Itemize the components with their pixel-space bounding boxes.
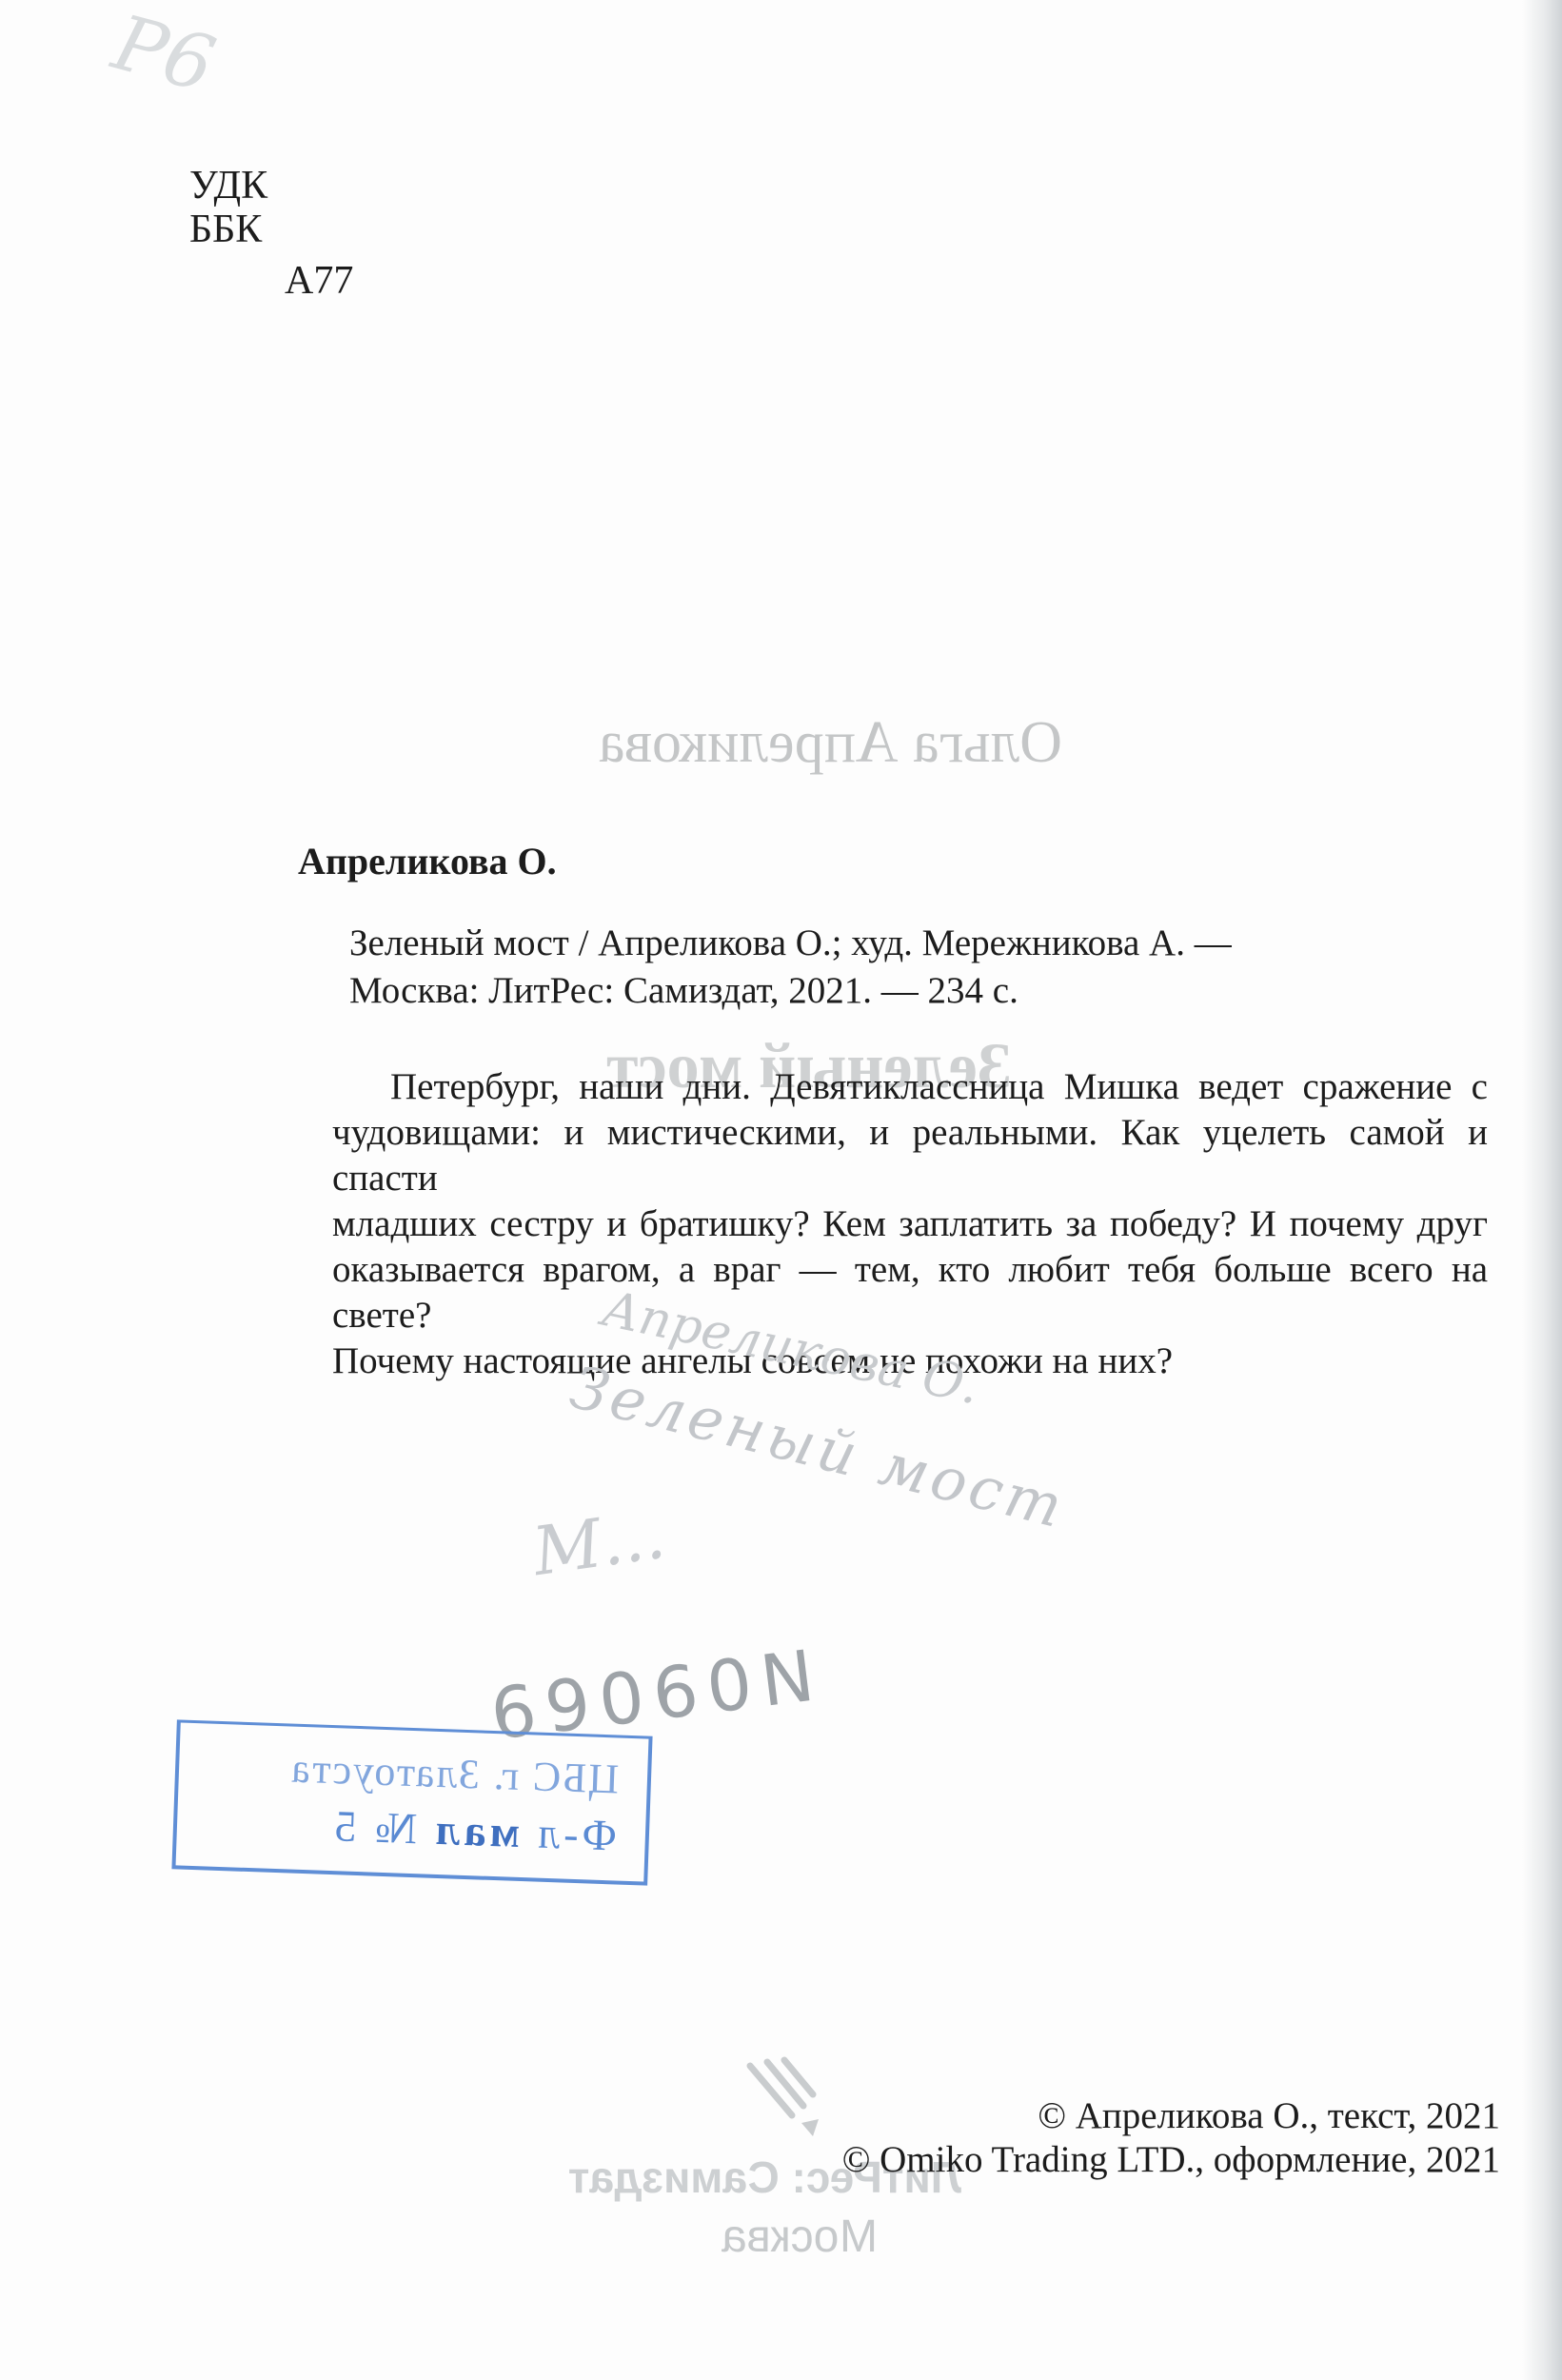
stamp-prefix: Ф-л [533,1809,617,1860]
annotation-line: оказывается врагом, а враг — тем, кто лю… [332,1247,1488,1339]
udk-label: УДК [189,164,267,208]
stamp-line-2: Ф-л мал № 5 [330,1800,618,1860]
bibliographic-record: Зеленый мост / Апреликова О.; худ. Мереж… [349,920,1232,1015]
copyright-design: © Omiko Trading LTD., оформление, 2021 [842,2138,1500,2182]
litres-logo-icon [742,2056,838,2142]
handwritten-corner-mark: Р6 [105,0,224,109]
bleed-through-author: Ольга Апреликова [562,704,1099,781]
annotation-line: чудовищами: и мистическими, и реальными.… [332,1110,1488,1201]
author-heading: Апреликова О. [298,838,557,885]
annotation-paragraph: Петербург, наши дни. Девятиклассница Миш… [332,1064,1488,1384]
imprint-line: Москва: ЛитРес: Самиздат, 2021. — 234 с. [349,967,1232,1015]
handwritten-city: М... [528,1496,670,1591]
stamp-line-1: ЦБС г. Златоуста [289,1744,620,1804]
author-mark: А77 [285,259,353,303]
library-stamp: ЦБС г. Златоуста Ф-л мал № 5 [171,1719,652,1885]
page-edge-shadow [1522,0,1562,2380]
stamp-bold: мал [431,1805,521,1856]
title-line: Зеленый мост / Апреликова О.; худ. Мереж… [349,920,1232,967]
bleed-through-city: Москва [685,2209,914,2266]
annotation-line: младших сестру и братишку? Кем заплатить… [332,1201,1488,1247]
copyright-block: © Апреликова О., текст, 2021 © Omiko Tra… [842,2094,1500,2182]
annotation-line: Петербург, наши дни. Девятиклассница Миш… [332,1064,1488,1110]
copyright-text: © Апреликова О., текст, 2021 [842,2094,1500,2138]
stamp-suffix: № 5 [330,1801,418,1853]
bbk-label: ББК [189,208,262,251]
